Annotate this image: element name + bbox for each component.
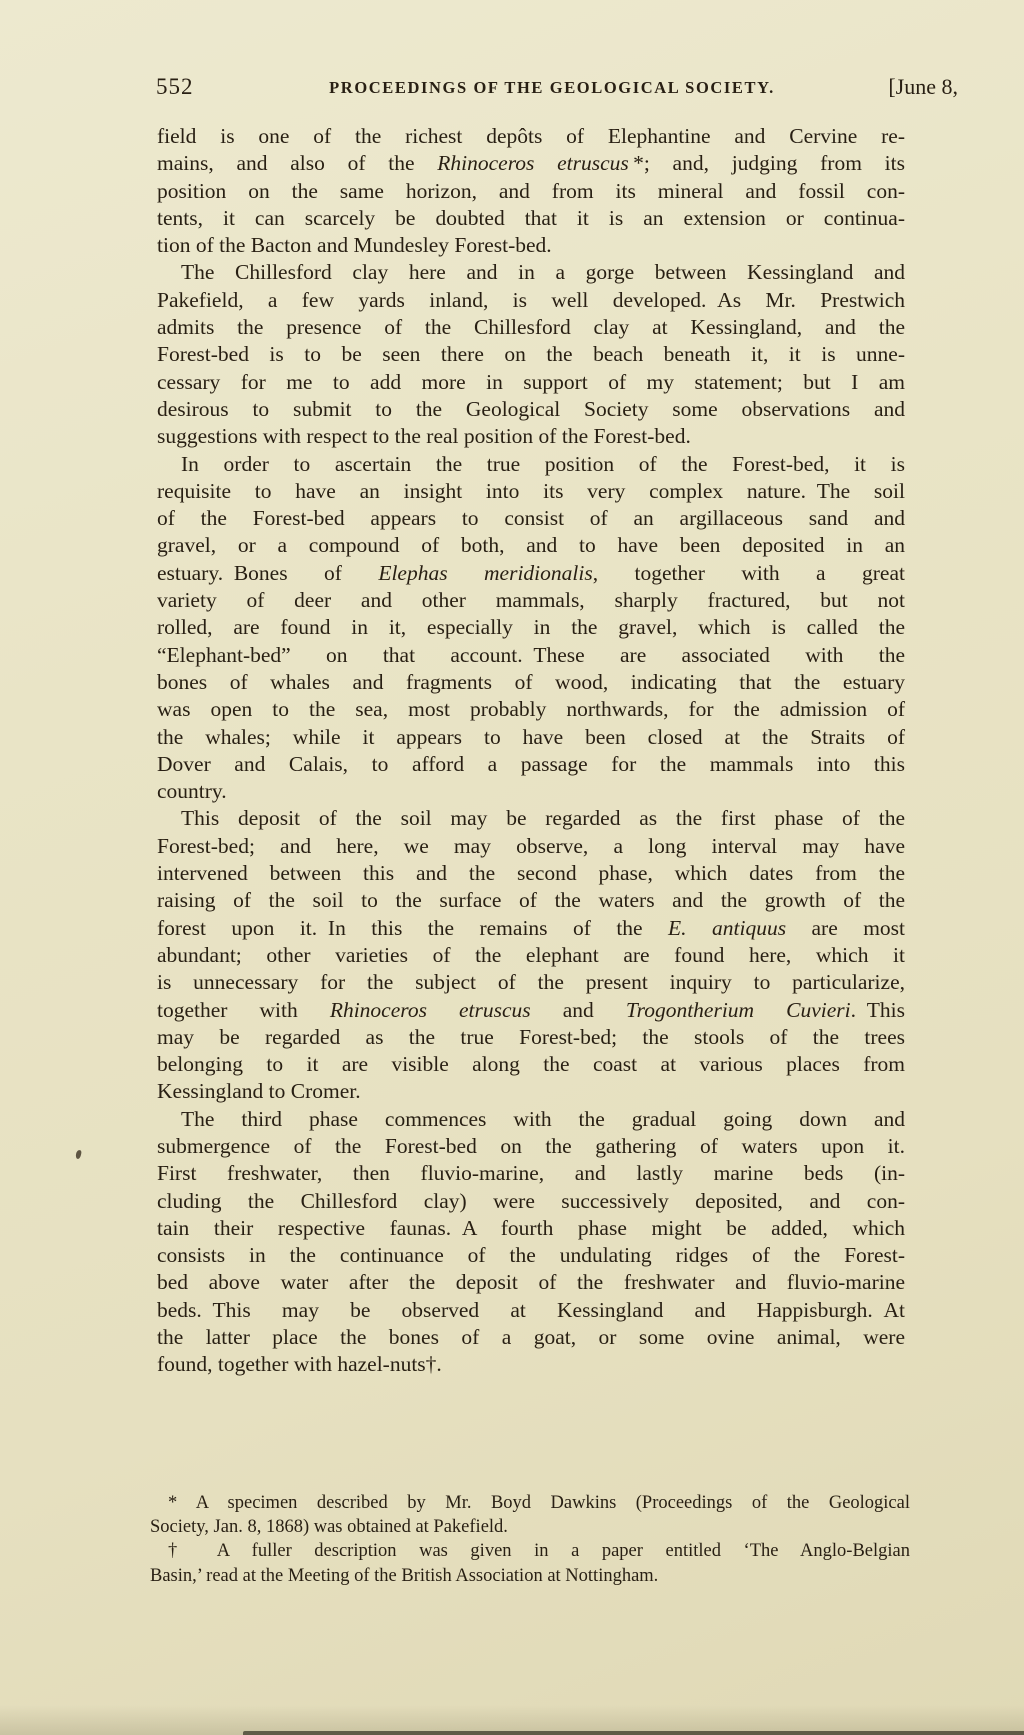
text-line: cessary for me to add more in support of… bbox=[157, 369, 905, 396]
text-line: intervened between this and the second p… bbox=[157, 860, 905, 887]
page-header: 552 PROCEEDINGS OF THE GEOLOGICAL SOCIET… bbox=[156, 74, 958, 106]
scanned-book-page: 552 PROCEEDINGS OF THE GEOLOGICAL SOCIET… bbox=[0, 0, 1024, 1735]
text-line: consists in the continuance of the undul… bbox=[157, 1242, 905, 1269]
text-line: suggestions with respect to the real pos… bbox=[157, 423, 905, 450]
text-line: “Elephant-bed” on that account. These ar… bbox=[157, 642, 905, 669]
scan-edge-artifact bbox=[243, 1731, 1024, 1735]
text-line: bed above water after the deposit of the… bbox=[157, 1269, 905, 1296]
text-line: admits the presence of the Chillesford c… bbox=[157, 314, 905, 341]
text-line: beds. This may be observed at Kessinglan… bbox=[157, 1297, 905, 1324]
text-line: tents, it can scarcely be doubted that i… bbox=[157, 205, 905, 232]
body-text: field is one of the richest depôts of El… bbox=[157, 123, 905, 1379]
text-line: † A fuller description was given in a pa… bbox=[150, 1539, 910, 1563]
text-line: together with Rhinoceros etruscus and Tr… bbox=[157, 997, 905, 1024]
text-line: Kessingland to Cromer. bbox=[157, 1078, 905, 1105]
text-line: desirous to submit to the Geological Soc… bbox=[157, 396, 905, 423]
text-line: country. bbox=[157, 778, 905, 805]
text-line: Pakefield, a few yards inland, is well d… bbox=[157, 287, 905, 314]
text-line: Basin,’ read at the Meeting of the Briti… bbox=[150, 1564, 910, 1588]
text-line: belonging to it are visible along the co… bbox=[157, 1051, 905, 1078]
paragraph: field is one of the richest depôts of El… bbox=[157, 123, 905, 259]
footnotes: * A specimen described by Mr. Boyd Dawki… bbox=[150, 1491, 910, 1588]
text-line: estuary. Bones of Elephas meridionalis, … bbox=[157, 560, 905, 587]
text-line: forest upon it. In this the remains of t… bbox=[157, 915, 905, 942]
text-line: In order to ascertain the true position … bbox=[157, 451, 905, 478]
text-line: field is one of the richest depôts of El… bbox=[157, 123, 905, 150]
text-line: tain their respective faunas. A fourth p… bbox=[157, 1215, 905, 1242]
text-line: position on the same horizon, and from i… bbox=[157, 178, 905, 205]
text-line: The Chillesford clay here and in a gorge… bbox=[157, 259, 905, 286]
text-line: found, together with hazel-nuts†. bbox=[157, 1351, 905, 1378]
text-line: may be regarded as the true Forest-bed; … bbox=[157, 1024, 905, 1051]
text-line: Forest-bed is to be seen there on the be… bbox=[157, 341, 905, 368]
paragraph: The third phase commences with the gradu… bbox=[157, 1106, 905, 1379]
paragraph: In order to ascertain the true position … bbox=[157, 451, 905, 806]
text-line: was open to the sea, most probably north… bbox=[157, 696, 905, 723]
text-line: is unnecessary for the subject of the pr… bbox=[157, 969, 905, 996]
text-line: the latter place the bones of a goat, or… bbox=[157, 1324, 905, 1351]
text-line: This deposit of the soil may be regarded… bbox=[157, 805, 905, 832]
text-line: rolled, are found in it, especially in t… bbox=[157, 614, 905, 641]
page-number: 552 bbox=[156, 74, 194, 100]
text-line: Forest-bed; and here, we may observe, a … bbox=[157, 833, 905, 860]
text-line: of the Forest-bed appears to consist of … bbox=[157, 505, 905, 532]
paragraph: This deposit of the soil may be regarded… bbox=[157, 805, 905, 1105]
running-title: PROCEEDINGS OF THE GEOLOGICAL SOCIETY. bbox=[276, 78, 828, 98]
ink-speck bbox=[75, 1150, 82, 1160]
text-line: Society, Jan. 8, 1868) was obtained at P… bbox=[150, 1515, 910, 1539]
header-date: [June 8, bbox=[888, 74, 958, 100]
text-line: Dover and Calais, to afford a passage fo… bbox=[157, 751, 905, 778]
text-line: gravel, or a compound of both, and to ha… bbox=[157, 532, 905, 559]
text-line: mains, and also of the Rhinoceros etrusc… bbox=[157, 150, 905, 177]
text-line: tion of the Bacton and Mundesley Forest-… bbox=[157, 232, 905, 259]
text-line: * A specimen described by Mr. Boyd Dawki… bbox=[150, 1491, 910, 1515]
footnote: * A specimen described by Mr. Boyd Dawki… bbox=[150, 1491, 910, 1539]
text-line: raising of the soil to the surface of th… bbox=[157, 887, 905, 914]
text-line: bones of whales and fragments of wood, i… bbox=[157, 669, 905, 696]
text-line: the whales; while it appears to have bee… bbox=[157, 724, 905, 751]
text-line: The third phase commences with the gradu… bbox=[157, 1106, 905, 1133]
text-line: cluding the Chillesford clay) were succe… bbox=[157, 1188, 905, 1215]
text-line: variety of deer and other mammals, sharp… bbox=[157, 587, 905, 614]
text-line: abundant; other varieties of the elephan… bbox=[157, 942, 905, 969]
text-line: submergence of the Forest-bed on the gat… bbox=[157, 1133, 905, 1160]
text-line: requisite to have an insight into its ve… bbox=[157, 478, 905, 505]
footnote: † A fuller description was given in a pa… bbox=[150, 1539, 910, 1587]
paragraph: The Chillesford clay here and in a gorge… bbox=[157, 259, 905, 450]
text-line: First freshwater, then fluvio-marine, an… bbox=[157, 1160, 905, 1187]
